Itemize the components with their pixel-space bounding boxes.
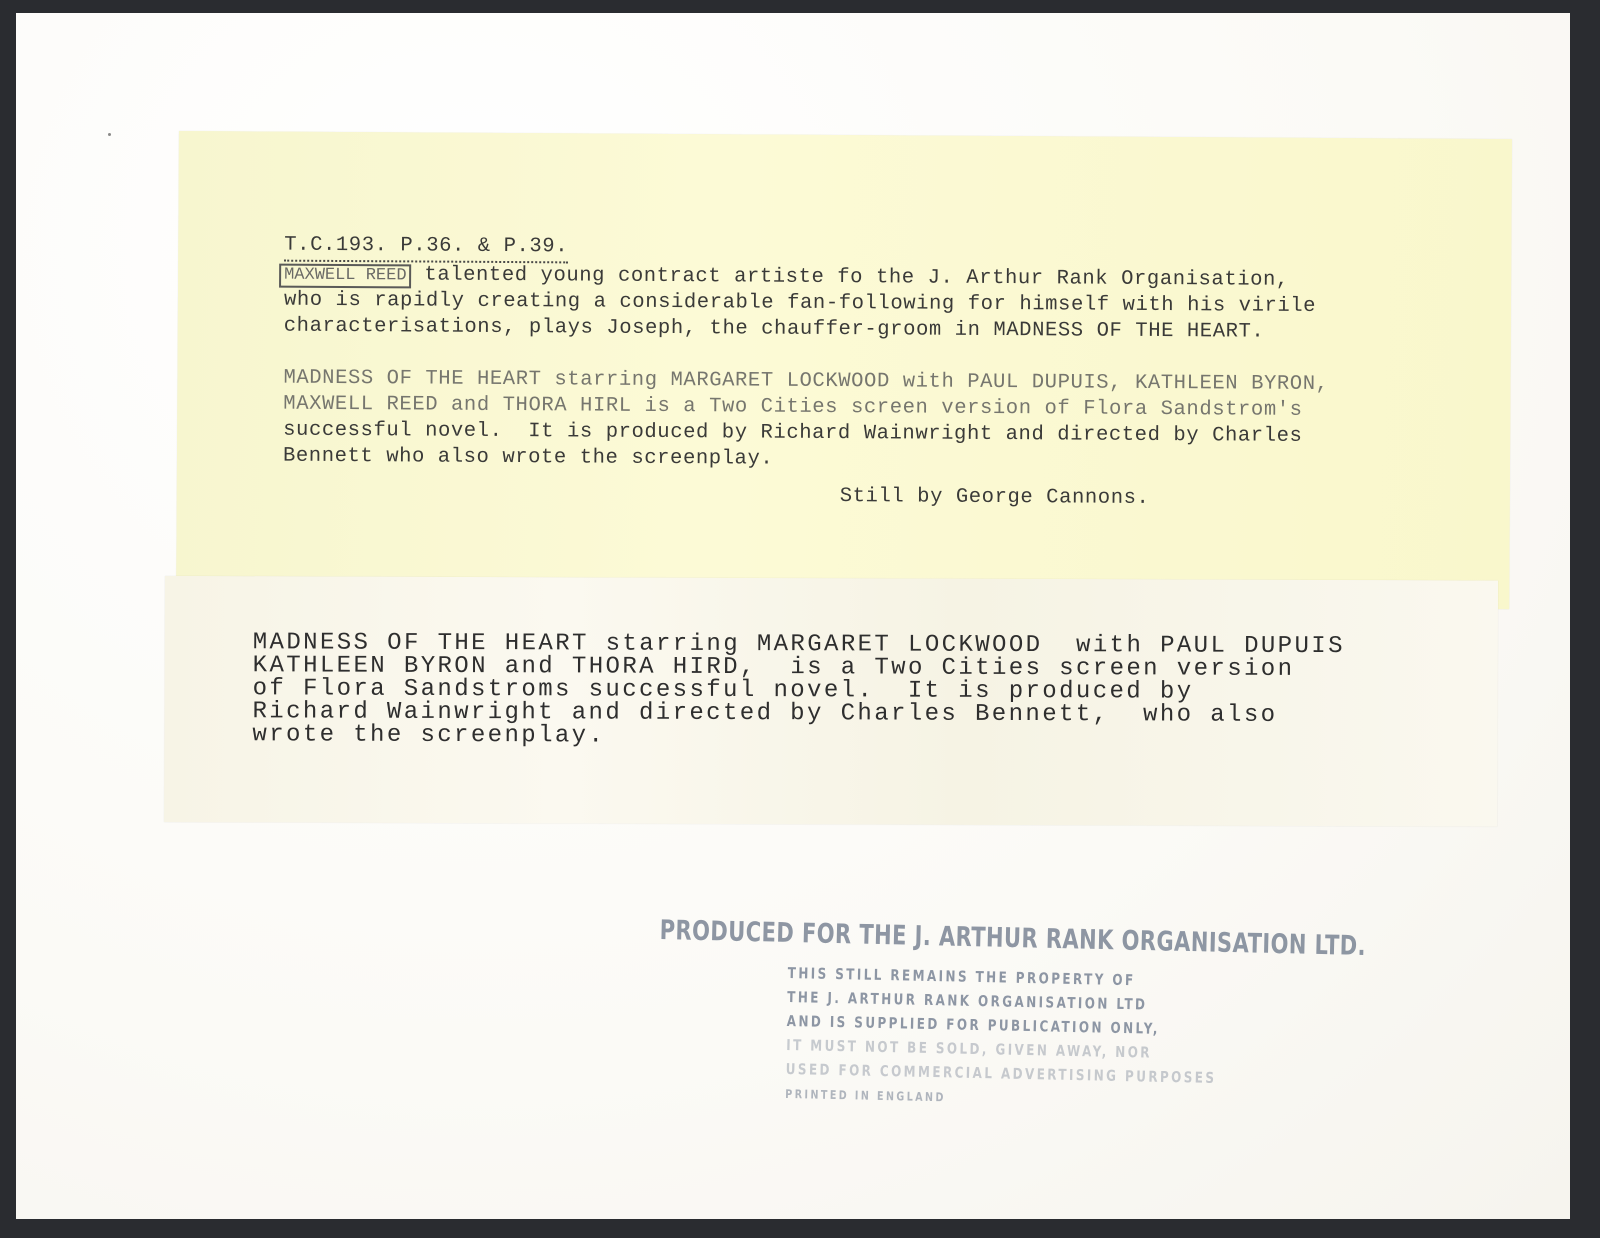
photo-back-card: T.C.193. P.36. & P.39. MAXWELL REED tale… xyxy=(16,13,1570,1219)
yellow-caption-slip: T.C.193. P.36. & P.39. MAXWELL REED tale… xyxy=(176,131,1512,609)
stamp-line-4: IT MUST NOT BE SOLD, GIVEN AWAY, NOR xyxy=(786,1036,1152,1062)
photographer-credit: Still by George Cannons. xyxy=(840,484,1150,512)
stamp-line-6: PRINTED IN ENGLAND xyxy=(785,1087,946,1104)
para1-line-1: talented young contract artiste fo the J… xyxy=(411,263,1288,291)
stamp-line-1: THIS STILL REMAINS THE PROPERTY OF xyxy=(788,964,1136,989)
reference-number: T.C.193. P.36. & P.39. xyxy=(284,233,568,264)
white-line-5: wrote the screenplay. xyxy=(252,721,605,749)
para2-line-3: successful novel. It is produced by Rich… xyxy=(283,419,1302,448)
para1-line-2: who is rapidly creating a considerable f… xyxy=(284,289,1316,318)
para2-line-1: MADNESS OF THE HEART starring MARGARET L… xyxy=(283,367,1328,396)
rank-organisation-stamp-body: THIS STILL REMAINS THE PROPERTY OF THE J… xyxy=(785,961,1219,1115)
rank-organisation-stamp-title: PRODUCED FOR THE J. ARTHUR RANK ORGANISA… xyxy=(659,915,1366,962)
stamp-line-3: AND IS SUPPLIED FOR PUBLICATION ONLY, xyxy=(787,1012,1160,1038)
stamp-line-5: USED FOR COMMERCIAL ADVERTISING PURPOSES xyxy=(786,1060,1217,1087)
paper-speck xyxy=(108,133,111,136)
para1-line-3: characterisations, plays Joseph, the cha… xyxy=(284,315,1265,344)
stamp-line-2: THE J. ARTHUR RANK ORGANISATION LTD xyxy=(787,988,1147,1014)
yellow-slip-text: T.C.193. P.36. & P.39. MAXWELL REED tale… xyxy=(283,233,1329,476)
para2-line-2: MAXWELL REED and THORA HIRL is a Two Cit… xyxy=(283,393,1302,422)
para2-line-4: Bennett who also wrote the screenplay. xyxy=(283,445,773,471)
white-slip-text: MADNESS OF THE HEART starring MARGARET L… xyxy=(252,631,1345,750)
boxed-actor-name: MAXWELL REED xyxy=(279,264,412,289)
white-caption-slip: MADNESS OF THE HEART starring MARGARET L… xyxy=(164,576,1498,827)
